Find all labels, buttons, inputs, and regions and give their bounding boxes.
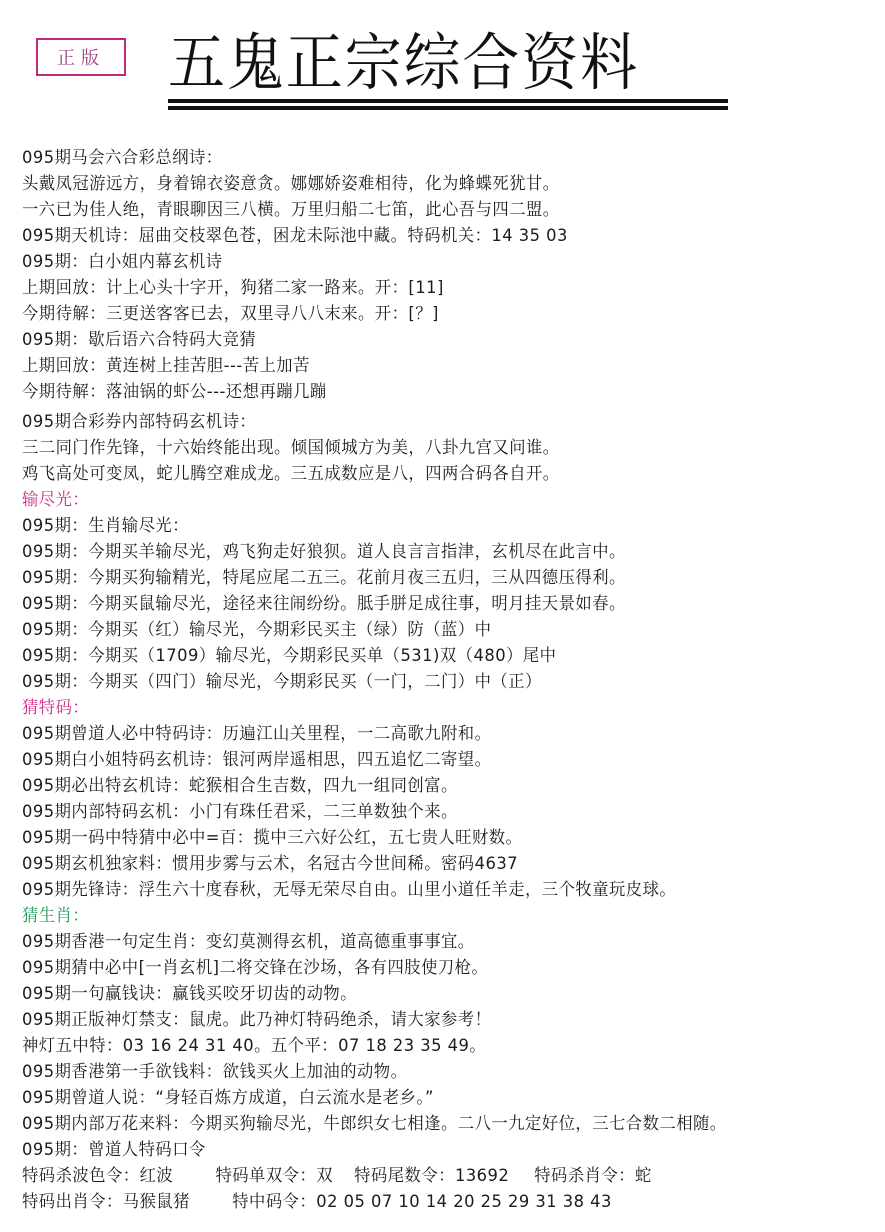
lose-all-line: 095期：今期买羊输尽光，鸡飞狗走好狼狈。道人良言言指津，玄机尽在此言中。 [22,539,841,565]
intro-line: 今期待解：三更送客客已去，双里寻八八末来。开：[？] [22,301,841,327]
guess-zodiac-line: 095期猜中必中[一肖玄机]二将交锋在沙场，各有四肢使刀枪。 [22,955,841,981]
intro-line: 095期：歇后语六合特码大竞猜 [22,327,841,353]
guess-zodiac-line: 095期：曾道人特码口令 [22,1137,841,1163]
guess-zodiac-line: 095期香港一句定生肖：变幻莫测得玄机，道高德重事事宜。 [22,929,841,955]
intro-line: 095期马会六合彩总纲诗： [22,145,841,171]
guess-zodiac-line: 神灯五中特：03 16 24 31 40。五个平：07 18 23 35 49。 [22,1033,841,1059]
guess-zodiac-line: 095期一句赢钱诀：赢钱买咬牙切齿的动物。 [22,981,841,1007]
guess-zodiac-line: 095期内部万花来料：今期买狗输尽光，牛郎织女七相逢。二八一九定好位，三七合数二… [22,1111,841,1137]
guess-zodiac-line: 095期正版神灯禁支：鼠虎。此乃神灯特码绝杀，请大家参考！ [22,1007,841,1033]
document-body: 095期马会六合彩总纲诗： 头戴凤冠游远方，身着锦衣姿意贪。娜娜娇姿难相待，化为… [22,145,875,1215]
command-row-1: 特码杀波色令：红波特码单双令：双特码尾数令：13692特码杀肖令：蛇 [22,1163,841,1189]
guess-code-line: 095期白小姐特码玄机诗：银河两岸遥相思，四五追忆二寄望。 [22,747,841,773]
page-title: 五鬼正宗综合资料 [168,28,683,98]
guess-code-line: 095期内部特码玄机：小门有珠任君采，二三单数独个来。 [22,799,841,825]
lose-all-line: 095期：生肖输尽光： [22,513,841,539]
guess-code-line: 095期一码中特猜中必中=百：揽中三六好公红，五七贵人旺财数。 [22,825,841,851]
command-tail-number: 特码尾数令：13692 [354,1163,509,1189]
intro-line: 上期回放：黄连树上挂苦胆---苦上加苦 [22,353,841,379]
command-odd-even: 特码单双令：双 [215,1163,333,1189]
intro-line: 095期天机诗：屈曲交枝翠色苍，困龙未际池中藏。特码机关：14 35 03 [22,223,841,249]
command-kill-zodiac: 特码杀肖令：蛇 [534,1163,652,1189]
intro-line: 一六已为佳人绝，青眼聊因三八横。万里归船二七笛，此心吾与四二盟。 [22,197,841,223]
section-heading-guess-zodiac: 猜生肖： [22,903,841,929]
authentic-edition-badge: 正版 [36,38,126,76]
section-heading-guess-code: 猜特码： [22,695,841,721]
guess-code-line: 095期先锋诗：浮生六十度春秋，无辱无荣尽自由。山里小道任羊走，三个牧童玩皮球。 [22,877,841,903]
guess-code-line: 095期玄机独家料：惯用步雾与云术，名冠古今世间稀。密码4637 [22,851,841,877]
guess-code-line: 095期必出特玄机诗：蛇猴相合生吉数，四九一组同创富。 [22,773,841,799]
command-row-2: 特码出肖令：马猴鼠猪特中码令：02 05 07 10 14 20 25 29 3… [22,1189,841,1215]
guess-code-line: 095期曾道人必中特码诗：历遍江山关里程，一二高歌九附和。 [22,721,841,747]
intro-line: 今期待解：落油锅的虾公---还想再蹦几蹦 [22,379,841,405]
poem-line: 095期合彩券内部特码玄机诗： [22,409,841,435]
guess-zodiac-line: 095期香港第一手欲钱料：欲钱买火上加油的动物。 [22,1059,841,1085]
lose-all-line: 095期：今期买鼠输尽光，途径来往闹纷纷。胝手胼足成往事，明月挂天景如春。 [22,591,841,617]
poem-line: 三二同门作先锋，十六始终能出现。倾国倾城方为美，八卦九宫又问谁。 [22,435,841,461]
lose-all-line: 095期：今期买（四门）输尽光，今期彩民买（一门，二门）中（正） [22,669,841,695]
intro-line: 头戴凤冠游远方，身着锦衣姿意贪。娜娜娇姿难相待，化为蜂蝶死犹甘。 [22,171,841,197]
command-hit-numbers: 特中码令：02 05 07 10 14 20 25 29 31 38 43 [232,1189,612,1215]
guess-zodiac-line: 095期曾道人说：“身轻百炼方成道，白云流水是老乡。” [22,1085,841,1111]
lose-all-line: 095期：今期买（红）输尽光，今期彩民买主（绿）防（蓝）中 [22,617,841,643]
lose-all-line: 095期：今期买（1709）输尽光，今期彩民买单（531)双（480）尾中 [22,643,841,669]
title-underline-top [168,99,728,103]
lose-all-line: 095期：今期买狗输精光，特尾应尾二五三。花前月夜三五归，三从四德压得利。 [22,565,841,591]
poem-line: 鸡飞高处可变凤，蛇儿腾空难成龙。三五成数应是八，四两合码各自开。 [22,461,841,487]
section-heading-lose-all: 输尽光： [22,487,841,513]
command-zodiac-out: 特码出肖令：马猴鼠猪 [22,1189,190,1215]
command-kill-wave-color: 特码杀波色令：红波 [22,1163,173,1189]
intro-line: 上期回放：计上心头十字开，狗猪二家一路来。开：[11] [22,275,841,301]
title-underline-bottom [168,106,728,110]
intro-line: 095期：白小姐内幕玄机诗 [22,249,841,275]
